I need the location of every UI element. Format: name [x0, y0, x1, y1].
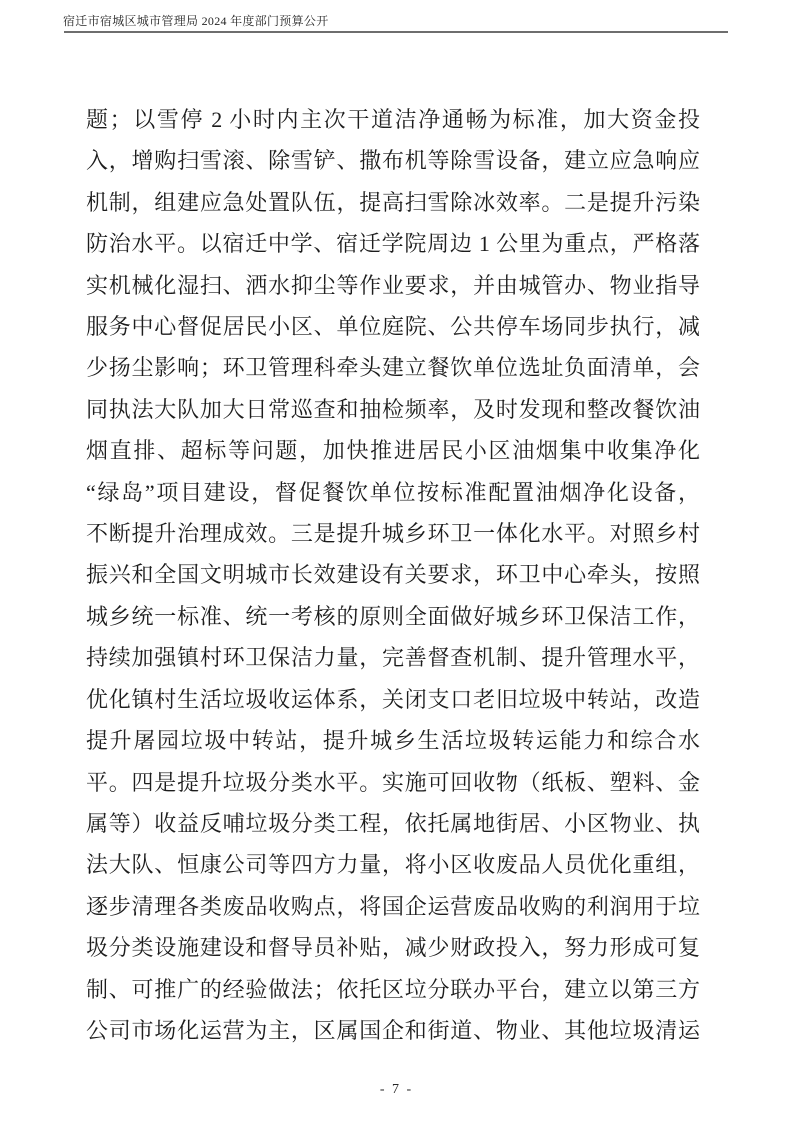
- body-text-line: 入，增购扫雪滚、除雪铲、撒布机等除雪设备，建立应急响应: [86, 140, 700, 181]
- body-text-line: 优化镇村生活垃圾收运体系，关闭支口老旧垃圾中转站，改造: [86, 679, 700, 720]
- body-text-line: 圾分类设施建设和督导员补贴，减少财政投入，努力形成可复: [86, 927, 700, 968]
- body-text-line: “绿岛”项目建设，督促餐饮单位按标准配置油烟净化设备，: [86, 472, 700, 513]
- body-text-line: 防治水平。以宿迁中学、宿迁学院周边 1 公里为重点，严格落: [86, 223, 700, 264]
- header-rule-divider: [64, 31, 728, 33]
- document-header-title: 宿迁市宿城区城市管理局 2024 年度部门预算公开: [63, 12, 329, 29]
- body-text-line: 实机械化湿扫、洒水抑尘等作业要求，并由城管办、物业指导: [86, 265, 700, 306]
- body-text-line: 逐步清理各类废品收购点，将国企运营废品收购的利润用于垃: [86, 886, 700, 927]
- body-text-line: 题；以雪停 2 小时内主次干道洁净通畅为标准，加大资金投: [86, 99, 700, 140]
- body-text-line: 振兴和全国文明城市长效建设有关要求，环卫中心牵头，按照: [86, 554, 700, 595]
- body-text-line: 机制，组建应急处置队伍，提高扫雪除冰效率。二是提升污染: [86, 182, 700, 223]
- body-text-line: 持续加强镇村环卫保洁力量，完善督查机制、提升管理水平，: [86, 637, 700, 678]
- body-text-line: 不断提升治理成效。三是提升城乡环卫一体化水平。对照乡村: [86, 513, 700, 554]
- body-text-line: 城乡统一标准、统一考核的原则全面做好城乡环卫保洁工作，: [86, 596, 700, 637]
- body-text-line: 制、可推广的经验做法；依托区垃分联办平台，建立以第三方: [86, 969, 700, 1010]
- body-text-line: 公司市场化运营为主，区属国企和街道、物业、其他垃圾清运: [86, 1010, 700, 1051]
- page-number: - 7 -: [0, 1082, 793, 1098]
- document-page: 宿迁市宿城区城市管理局 2024 年度部门预算公开 题；以雪停 2 小时内主次干…: [0, 0, 793, 1122]
- body-text-line: 同执法大队加大日常巡查和抽检频率，及时发现和整改餐饮油: [86, 389, 700, 430]
- body-text-line: 法大队、恒康公司等四方力量，将小区收废品人员优化重组，: [86, 844, 700, 885]
- body-text-line: 烟直排、超标等问题，加快推进居民小区油烟集中收集净化: [86, 430, 700, 471]
- body-text-line: 属等）收益反哺垃圾分类工程，依托属地街居、小区物业、执: [86, 803, 700, 844]
- body-text-line: 服务中心督促居民小区、单位庭院、公共停车场同步执行，减: [86, 306, 700, 347]
- body-text-line: 提升屠园垃圾中转站，提升城乡生活垃圾转运能力和综合水: [86, 720, 700, 761]
- body-text-line: 平。四是提升垃圾分类水平。实施可回收物（纸板、塑料、金: [86, 762, 700, 803]
- document-body: 题；以雪停 2 小时内主次干道洁净通畅为标准，加大资金投入，增购扫雪滚、除雪铲、…: [86, 99, 700, 1051]
- body-text-line: 少扬尘影响；环卫管理科牵头建立餐饮单位选址负面清单，会: [86, 347, 700, 388]
